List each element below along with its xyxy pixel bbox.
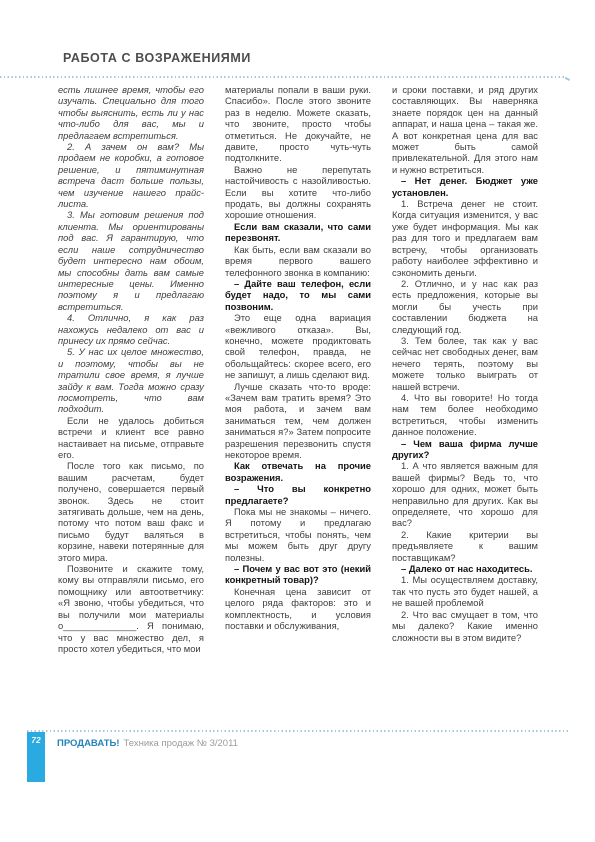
paragraph: Пока мы не знакомы – ничего. Я потому и … [225, 506, 371, 563]
issue-info: Техника продаж № 3/2011 [124, 738, 238, 749]
paragraph: 5. У нас их целое множество, и поэтому, … [58, 346, 204, 414]
paragraph: 4. Отлично, я как раз нахожусь недалеко … [58, 312, 204, 346]
section-heading: – Нет денег. Бюджет уже установлен. [392, 175, 538, 198]
header-divider [0, 76, 566, 78]
paragraph: 1. Встреча денег не стоит. Когда ситуаци… [392, 198, 538, 278]
section-heading: – Дайте ваш телефон, если будет надо, то… [225, 278, 371, 312]
article-columns: есть лишнее время, чтобы его изучать. Сп… [58, 84, 538, 654]
page-title: РАБОТА С ВОЗРАЖЕНИЯМИ [63, 51, 251, 65]
paragraph: Конечная цена зависит от целого ряда фак… [225, 586, 371, 632]
paragraph: 2. Какие критерии вы предъявляете к ваши… [392, 529, 538, 563]
paragraph: Позвоните и скажите тому, кому вы отправ… [58, 563, 204, 654]
magazine-title: ПРОДАВАТЬ! [57, 738, 120, 749]
section-heading: Если вам сказали, что сами перезвонят. [225, 221, 371, 244]
paragraph: Лучше сказать что-то вроде: «Зачем вам т… [225, 381, 371, 461]
paragraph: 3. Мы готовим решения под клиента. Мы ор… [58, 209, 204, 312]
paragraph: 2. А зачем он вам? Мы продаем не коробки… [58, 141, 204, 209]
paragraph: 1. Мы осуществляем доставку, так что пус… [392, 574, 538, 608]
section-heading: – Далеко от нас находитесь. [392, 563, 538, 574]
paragraph: и сроки поставки, и ряд других составляю… [392, 84, 538, 175]
divider-end-tick [565, 77, 570, 81]
section-heading: – Что вы конкретно предлагаете? [225, 483, 371, 506]
paragraph: Как быть, если вам сказали во время перв… [225, 244, 371, 278]
section-heading: – Почем у вас вот это (некий конкретный … [225, 563, 371, 586]
text-column: есть лишнее время, чтобы его изучать. Сп… [58, 84, 204, 654]
paragraph: 2. Что вас смущает в том, что мы далеко?… [392, 609, 538, 643]
paragraph: есть лишнее время, чтобы его изучать. Сп… [58, 84, 204, 141]
section-heading: – Чем ваша фирма лучше других? [392, 438, 538, 461]
footer-credits: ПРОДАВАТЬ!Техника продаж № 3/2011 [57, 738, 238, 749]
page-number: 72 [31, 735, 40, 745]
paragraph: Важно не перепутать настойчивость с назо… [225, 164, 371, 221]
text-column: материалы попали в ваши руки. Спасибо». … [225, 84, 371, 654]
paragraph: Если не удалось добиться встречи и клиен… [58, 415, 204, 461]
paragraph: 3. Тем более, так как у вас сейчас нет с… [392, 335, 538, 392]
paragraph: 4. Что вы говорите! Но тогда нам тем бол… [392, 392, 538, 438]
paragraph: После того как письмо, по вашим расчетам… [58, 460, 204, 563]
footer-divider [27, 730, 568, 732]
paragraph: материалы попали в ваши руки. Спасибо». … [225, 84, 371, 164]
text-column: и сроки поставки, и ряд других составляю… [392, 84, 538, 654]
paragraph: 1. А что является важным для вашей фирмы… [392, 460, 538, 528]
magazine-page: РАБОТА С ВОЗРАЖЕНИЯМИ есть лишнее время,… [0, 0, 595, 842]
paragraph: 2. Отлично, и у нас как раз есть предлож… [392, 278, 538, 335]
page-number-tab: 72 [27, 732, 45, 782]
section-heading: Как отвечать на прочие возражения. [225, 460, 371, 483]
paragraph: Это еще одна вариация «вежливого отказа»… [225, 312, 371, 380]
